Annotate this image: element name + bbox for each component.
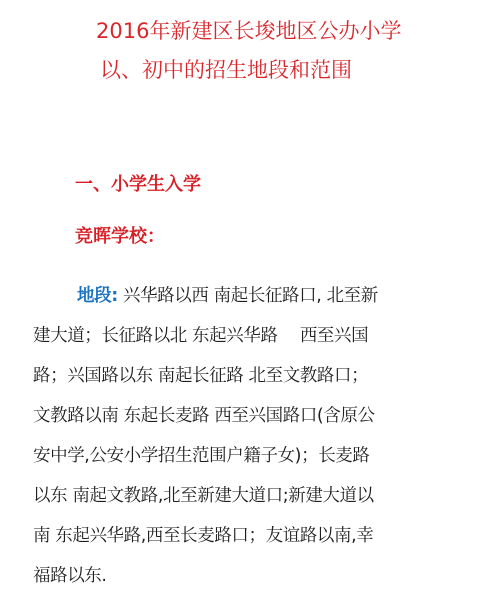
section-heading: 一、小学生入学: [75, 172, 201, 198]
document-title-line-1: 2016年新建区长埈地区公办小学: [96, 17, 480, 45]
body-line-1: 地段: 兴华路以西 南起长征路口, 北至新: [33, 276, 451, 316]
body-line-5: 安中学,公安小学招生范围户籍子女)；长麦路: [33, 436, 451, 476]
body-line-6: 以东 南起文教路,北至新建大道口;新建大道以: [33, 476, 451, 516]
body-line-8: 福路以东.: [33, 556, 451, 596]
body-line-4: 文教路以南 东起长麦路 西至兴国路口(含原公: [33, 396, 451, 436]
body-line-2: 建大道；长征路以北 东起兴华路 西至兴国: [33, 316, 451, 356]
body-line-1-text: 兴华路以西 南起长征路口, 北至新: [118, 286, 378, 306]
zone-description: 地段: 兴华路以西 南起长征路口, 北至新 建大道；长征路以北 东起兴华路 西至…: [33, 276, 451, 596]
zone-label: 地段:: [77, 286, 118, 306]
document-title-line-2: 以、初中的招生地段和范围: [100, 56, 480, 84]
body-line-3: 路；兴国路以东 南起长征路 北至文教路口；: [33, 356, 451, 396]
school-name: 竞晖学校：: [75, 224, 165, 250]
body-line-7: 南 东起兴华路,西至长麦路口；友谊路以南,幸: [33, 516, 451, 556]
